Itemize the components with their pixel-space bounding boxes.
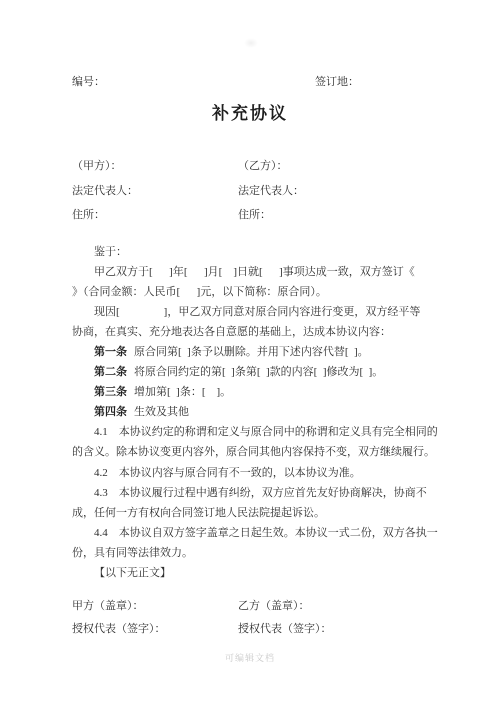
document-page: 编号： 签订地： 补充协议 （甲方）： 法定代表人： 住所： （乙方）： 法定代… [0, 0, 500, 708]
party-b-title: （乙方）： [238, 154, 438, 179]
clause-3-text: 增加第[ ]条：[ ]。 [134, 386, 231, 398]
agreement-body: 鉴于： 甲乙双方于[ ]年[ ]月[ ]日就[ ]事项达成一致，双方签订《 》（… [72, 242, 464, 584]
closing-note: 【以下无正文】 [72, 563, 464, 583]
clause-4-label: 第四条 [94, 406, 127, 418]
party-b-block: （乙方）： 法定代表人： 住所： [238, 154, 438, 228]
subclause-4-2: 4.2 本协议内容与原合同有不一致的，以本协议为准。 [72, 463, 464, 483]
party-a-legal-rep: 法定代表人： [72, 179, 242, 204]
clause-1-text: 原合同第[ ]条予以删除。并用下述内容代替[ ]。 [134, 346, 369, 358]
party-b-address: 住所： [238, 203, 438, 228]
clause-1: 第一条原合同第[ ]条予以删除。并用下述内容代替[ ]。 [72, 342, 464, 362]
clause-2: 第二条将原合同约定的第[ ]条第[ ]款的内容[ ]修改为[ ]。 [72, 362, 464, 382]
clause-3: 第三条增加第[ ]条：[ ]。 [72, 382, 464, 402]
party-a-address: 住所： [72, 203, 242, 228]
subclause-4-4: 4.4 本协议自双方签字盖章之日起生效。本协议一式二份，双方各执一 份，具有同等… [72, 523, 464, 563]
signing-place-label: 签订地： [315, 72, 359, 92]
parties-block: （甲方）： 法定代表人： 住所： （乙方）： 法定代表人： 住所： [72, 154, 500, 228]
clause-4: 第四条生效及其他 [72, 402, 464, 422]
clause-4-text: 生效及其他 [134, 406, 189, 418]
clause-1-label: 第一条 [94, 346, 127, 358]
party-b-legal-rep: 法定代表人： [238, 179, 438, 204]
party-b-seal-label: 乙方（盖章）： [238, 595, 310, 618]
clause-2-text: 将原合同约定的第[ ]条第[ ]款的内容[ ]修改为[ ]。 [134, 366, 383, 378]
watermark-text: 可编辑文档 [0, 651, 500, 664]
clause-3-label: 第三条 [94, 386, 127, 398]
signature-block: 甲方（盖章）： 授权代表（签字）： 乙方（盖章）： 授权代表（签字）： [72, 595, 464, 641]
whereas-label: 鉴于： [72, 242, 464, 262]
clause-2-label: 第二条 [94, 366, 127, 378]
party-b-rep-label: 授权代表（签字）： [238, 618, 332, 641]
page-title: 补充协议 [0, 102, 500, 126]
meta-row: 编号： 签订地： [72, 72, 500, 92]
party-a-title: （甲方）： [72, 154, 242, 179]
subclause-4-3: 4.3 本协议履行过程中遇有纠纷，双方应首先友好协商解决，协商不 成，任何一方有… [72, 483, 464, 523]
recital-signing: 甲乙双方于[ ]年[ ]月[ ]日就[ ]事项达成一致，双方签订《 》（合同金额… [72, 262, 464, 302]
recital-reason: 现因[ ]，甲乙双方同意对原合同内容进行变更，双方经平等 协商，在真实、充分地表… [72, 302, 464, 342]
party-a-block: （甲方）： 法定代表人： 住所： [72, 154, 242, 228]
subclause-4-1: 4.1 本协议约定的称谓和定义与原合同中的称谓和定义具有完全相同的 的含义。除本… [72, 422, 464, 462]
scan-artifact [244, 38, 258, 48]
doc-number-label: 编号： [72, 76, 105, 88]
